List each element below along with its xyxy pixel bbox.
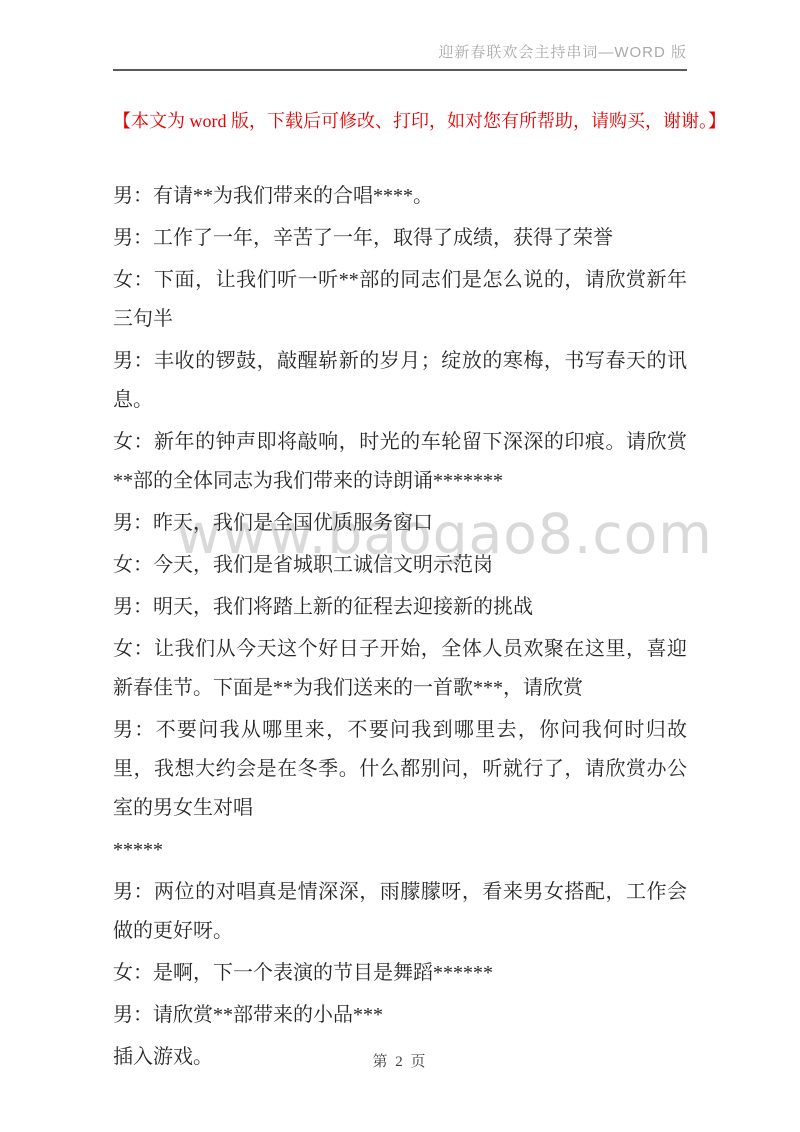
document-body: 男：有请**为我们带来的合唱****。男：工作了一年，辛苦了一年，取得了成绩，获… — [113, 177, 687, 1077]
paragraph: 女：让我们从今天这个好日子开始，全体人员欢聚在这里，喜迎新春佳节。下面是**为我… — [113, 630, 687, 708]
paragraph: ***** — [113, 831, 687, 870]
paragraph: 男：工作了一年，辛苦了一年，取得了成绩，获得了荣誉 — [113, 219, 687, 258]
paragraph: 女：是啊，下一个表演的节目是舞蹈****** — [113, 954, 687, 993]
purchase-notice: 【本文为 word 版，下载后可修改、打印，如对您有所帮助，请购买，谢谢。】 — [113, 108, 687, 135]
paragraph: 女：下面，让我们听一听**部的同志们是怎么说的，请欣赏新年三句半 — [113, 261, 687, 339]
header-title: 迎新春联欢会主持串词—WORD 版 — [438, 44, 687, 61]
page-footer: 第 2 页 — [0, 1050, 800, 1071]
page-number: 第 2 页 — [372, 1054, 427, 1070]
paragraph: 女：今天，我们是省城职工诚信文明示范岗 — [113, 546, 687, 585]
paragraph: 男：请欣赏**部带来的小品*** — [113, 996, 687, 1035]
document-page: www.baogao8.com 迎新春联欢会主持串词—WORD 版 【本文为 w… — [0, 0, 800, 1132]
header-rule — [113, 69, 687, 71]
paragraph: 男：两位的对唱真是情深深，雨朦朦呀，看来男女搭配，工作会做的更好呀。 — [113, 873, 687, 951]
paragraph: 男：有请**为我们带来的合唱****。 — [113, 177, 687, 216]
page-header: 迎新春联欢会主持串词—WORD 版 — [113, 0, 687, 62]
page-content: 迎新春联欢会主持串词—WORD 版 【本文为 word 版，下载后可修改、打印，… — [113, 0, 687, 1077]
paragraph: 男：明天，我们将踏上新的征程去迎接新的挑战 — [113, 588, 687, 627]
paragraph: 男：昨天，我们是全国优质服务窗口 — [113, 504, 687, 543]
paragraph: 男：不要问我从哪里来，不要问我到哪里去，你问我何时归故里，我想大约会是在冬季。什… — [113, 711, 687, 828]
paragraph: 男：丰收的锣鼓，敲醒崭新的岁月；绽放的寒梅，书写春天的讯息。 — [113, 342, 687, 420]
paragraph: 女：新年的钟声即将敲响，时光的车轮留下深深的印痕。请欣赏**部的全体同志为我们带… — [113, 423, 687, 501]
